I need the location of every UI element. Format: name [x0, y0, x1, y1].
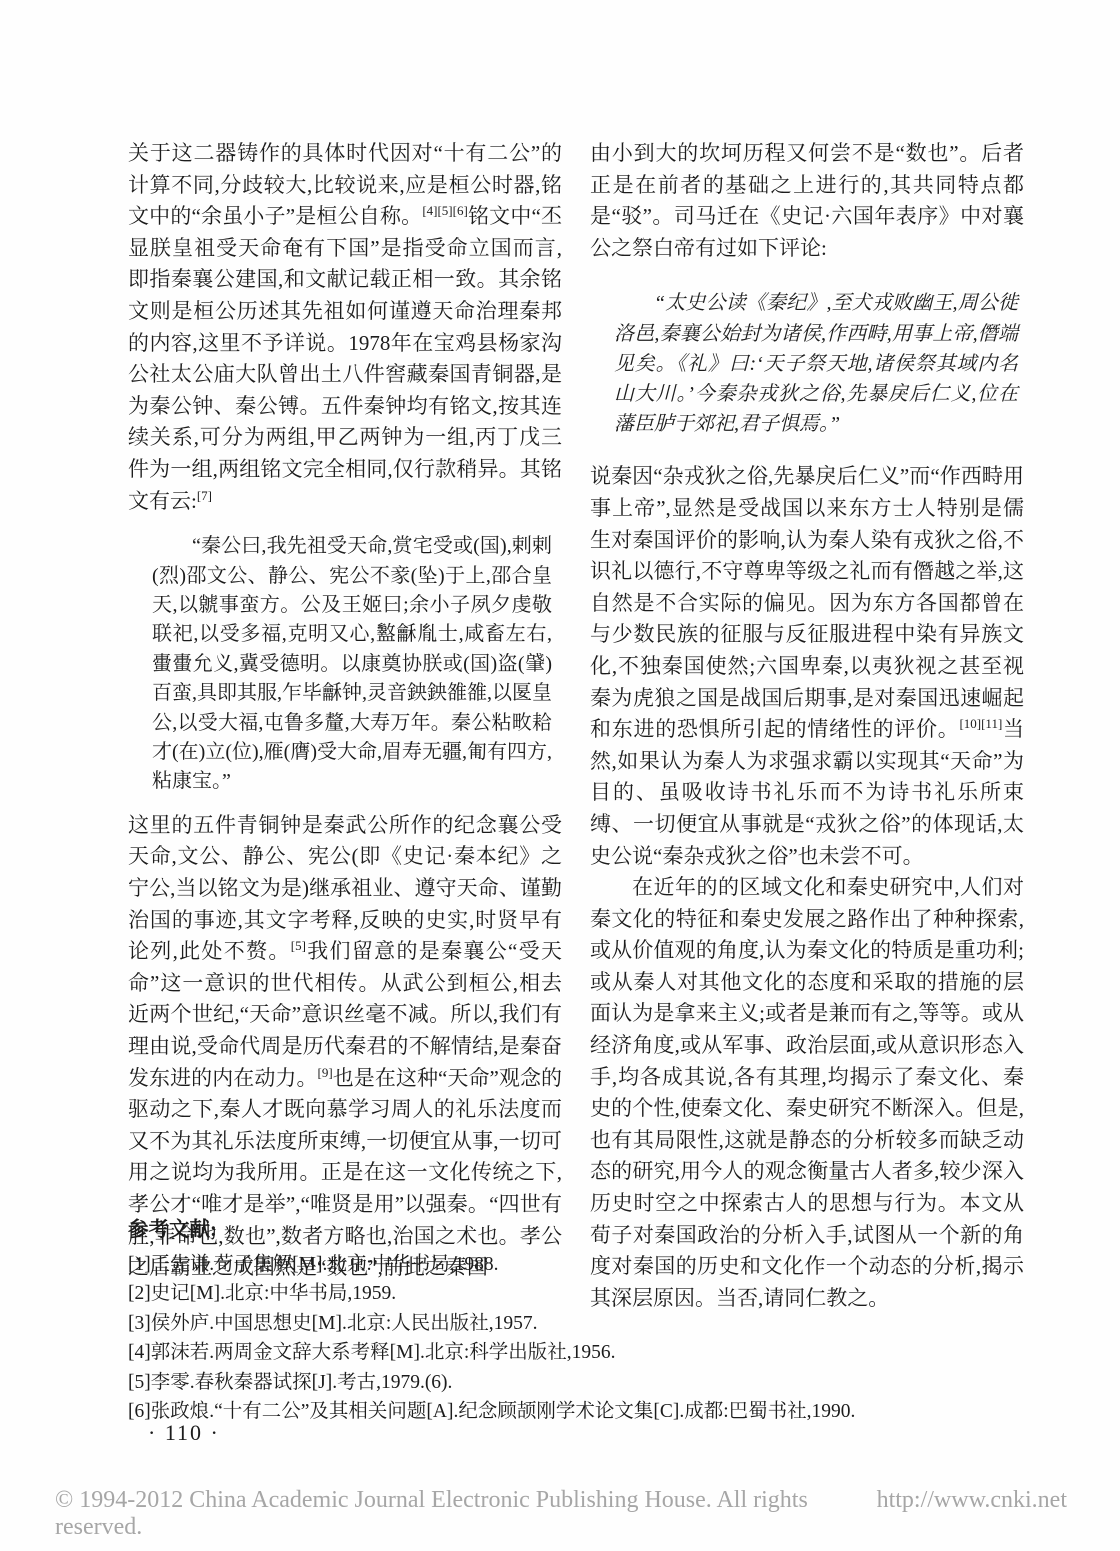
left-column: 关于这二器铸作的具体时代因对“十有二公”的计算不同,分歧较大,比较说来,应是桓公… [128, 138, 562, 1314]
page-number: · 110 · [148, 1420, 220, 1446]
copyright-text: © 1994-2012 China Academic Journal Elect… [55, 1487, 877, 1541]
reference-item: [4]郭沫若.两周金文辞大系考释[M].北京:科学出版社,1956. [128, 1338, 1080, 1368]
cnki-url: http://www.cnki.net [877, 1487, 1067, 1514]
shiji-quote: “太史公读《秦纪》,至犬戎败幽王,周公徙洛邑,秦襄公始封为诸侯,作西畤,用事上帝… [614, 288, 1018, 439]
reference-item: [6]张政烺.“十有二公”及其相关问题[A].纪念顾颉刚学术论文集[C].成都:… [128, 1397, 1080, 1427]
scanned-paper-page: { "left_column": { "para1_runs": [ {"t":… [0, 0, 1120, 1551]
reference-item: [1]王先谦.荀子集解[M].北京:中华书局,1988. [128, 1250, 1080, 1280]
references-heading: 参考文献: [128, 1216, 1080, 1246]
left-paragraph-1: 关于这二器铸作的具体时代因对“十有二公”的计算不同,分歧较大,比较说来,应是桓公… [128, 138, 562, 517]
footnote-marker: [4][5][6] [422, 203, 467, 218]
footnote-marker: [7] [197, 488, 212, 503]
right-column: 由小到大的坎坷历程又何尝不是“数也”。后者正是在前者的基础之上进行的,其共同特点… [590, 138, 1024, 1314]
footnote-marker: [5] [291, 938, 306, 953]
reference-item: [5]李零.春秋秦器试探[J].考古,1979.(6). [128, 1368, 1080, 1398]
reference-item: [2]史记[M].北京:中华书局,1959. [128, 1279, 1080, 1309]
references-section: 参考文献: [1]王先谦.荀子集解[M].北京:中华书局,1988. [2]史记… [128, 1216, 1080, 1427]
left-paragraph-2: 这里的五件青铜钟是秦武公所作的纪念襄公受天命,文公、静公、宪公(即《史记·秦本纪… [128, 810, 562, 1284]
bronze-inscription-quote: “秦公曰,我先祖受天命,赏宅受或(国),剌剌(烈)邵文公、静公、宪公不豙(坠)于… [152, 532, 552, 797]
footnote-marker: [9] [318, 1065, 333, 1080]
reference-item: [3]侯外庐.中国思想史[M].北京:人民出版社,1957. [128, 1309, 1080, 1339]
copyright-footer: © 1994-2012 China Academic Journal Elect… [55, 1487, 1067, 1541]
right-paragraph-2: 说秦因“杂戎狄之俗,先暴戾后仁义”而“作西畤用事上帝”,显然是受战国以来东方士人… [590, 461, 1024, 872]
two-column-body: 关于这二器铸作的具体时代因对“十有二公”的计算不同,分歧较大,比较说来,应是桓公… [128, 138, 1024, 1314]
footnote-marker: [10][11] [959, 716, 1002, 731]
right-paragraph-1: 由小到大的坎坷历程又何尝不是“数也”。后者正是在前者的基础之上进行的,其共同特点… [590, 138, 1024, 264]
